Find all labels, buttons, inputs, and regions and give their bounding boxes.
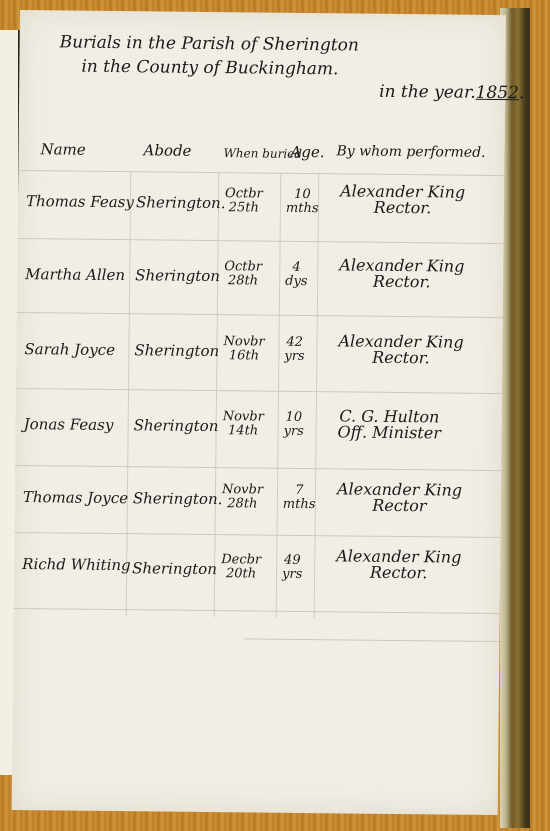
row-age: 49yrs (282, 554, 303, 582)
row-abode: Sherington (135, 266, 220, 285)
year-prefix: in the year. (379, 82, 476, 103)
column-divider (214, 172, 220, 617)
header-abode: Abode (143, 141, 191, 160)
row-name: Jonas Feasy (24, 415, 114, 434)
header-age: Age. (290, 143, 324, 161)
row-name: Sarah Joyce (24, 340, 115, 359)
header-name: Name (40, 140, 85, 158)
ruled-line (16, 388, 502, 394)
row-abode: Sherington. (136, 193, 226, 212)
column-divider (126, 171, 132, 616)
row-officiant: Alexander KingRector. (340, 183, 465, 216)
ruled-line (15, 465, 501, 471)
row-name: Thomas Joyce (23, 488, 128, 507)
row-date: Novbr28th (222, 483, 263, 511)
header-by-whom: By whom performed. (336, 143, 485, 161)
row-date: Octbr25th (225, 187, 263, 215)
row-age: 10yrs (284, 411, 305, 439)
row-abode: Sherington (134, 341, 219, 360)
row-name: Martha Allen (25, 265, 125, 284)
title-line-3: in the year.1852. (379, 82, 524, 104)
row-age: 42yrs (284, 336, 305, 364)
ruled-line (15, 532, 501, 538)
row-age: 4dys (285, 261, 308, 289)
row-date: Decbr20th (221, 553, 261, 581)
row-name: Thomas Feasy (26, 192, 134, 211)
ruled-line (243, 638, 499, 642)
row-officiant: C. G. HultonOff. Minister (338, 408, 442, 441)
ruled-line (14, 608, 500, 614)
year: 1852 (476, 83, 519, 103)
row-officiant: Alexander KingRector. (336, 548, 461, 581)
ruled-line (17, 312, 503, 318)
row-officiant: Alexander KingRector. (338, 333, 463, 366)
row-officiant: Alexander KingRector. (339, 257, 464, 290)
row-date: Novbr16th (223, 335, 264, 363)
row-officiant: Alexander KingRector (337, 481, 462, 514)
register-page: Burials in the Parish of Sherington in t… (12, 10, 506, 815)
title-line-2: in the County of Buckingham. (81, 57, 338, 80)
row-date: Novbr14th (223, 410, 264, 438)
title-line-1: Burials in the Parish of Sherington (60, 32, 359, 55)
row-age: 10mths (286, 188, 319, 216)
ruled-line (18, 238, 504, 244)
row-abode: Sherington (132, 559, 217, 578)
row-name: Richd Whiting (22, 555, 131, 574)
row-date: Octbr28th (224, 260, 262, 288)
row-abode: Sherington. (133, 489, 223, 508)
column-divider (314, 173, 320, 618)
ruled-line (18, 170, 504, 176)
column-divider (276, 173, 282, 618)
row-abode: Sherington (134, 416, 219, 435)
row-age: 7mths (283, 484, 316, 512)
year-suffix: . (519, 83, 525, 103)
